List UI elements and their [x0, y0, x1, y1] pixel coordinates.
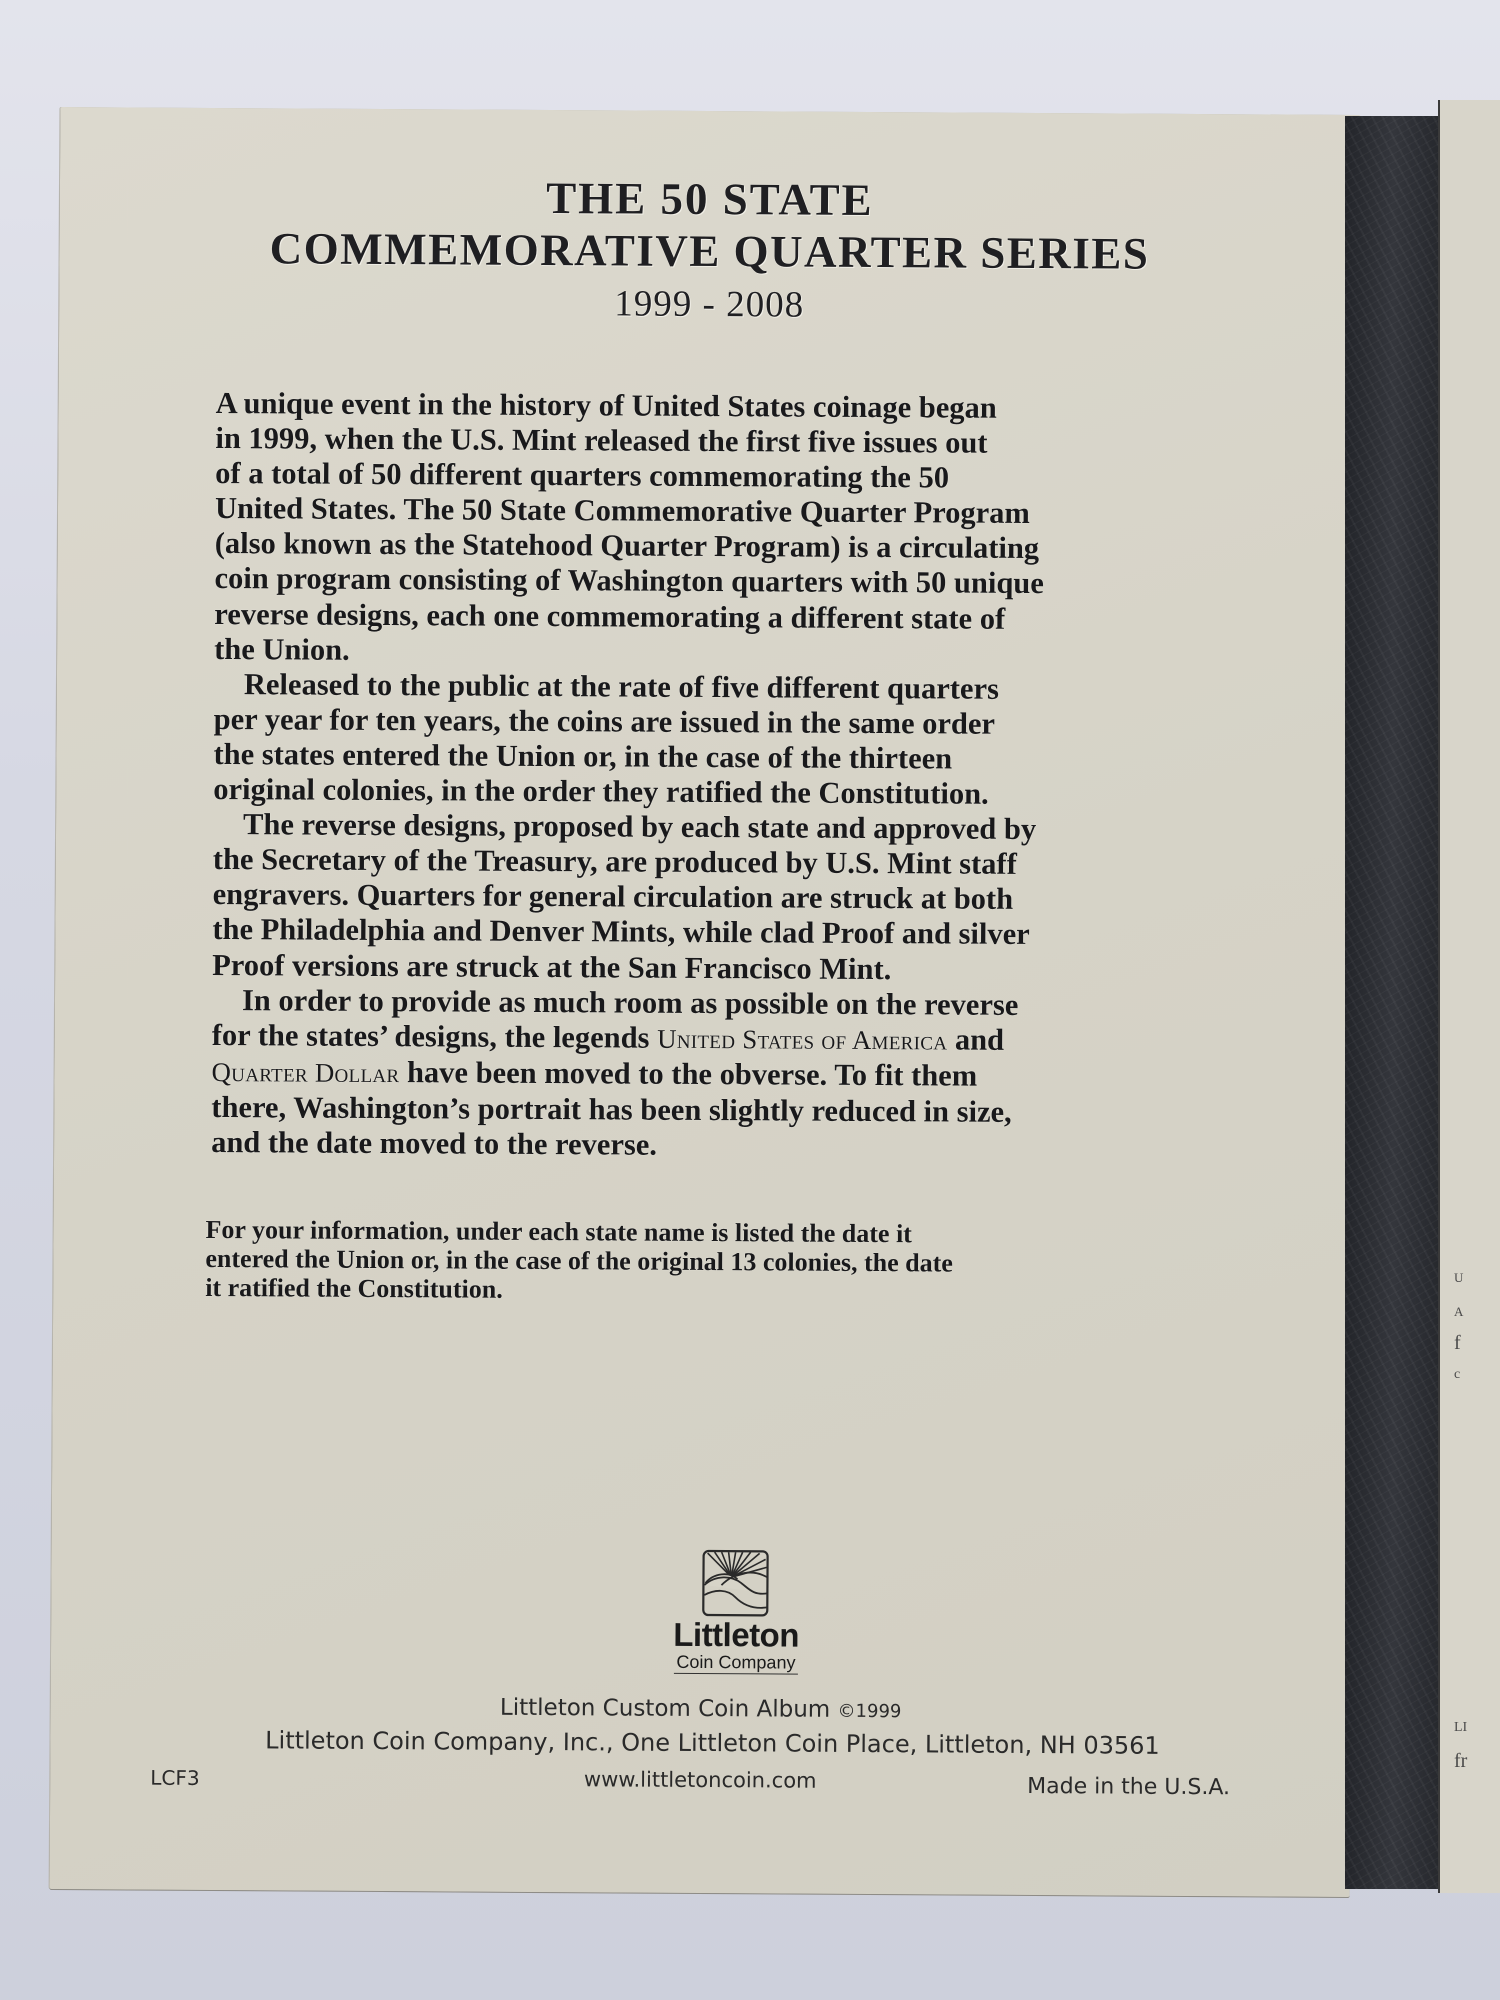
text-fragment: A	[1454, 1304, 1463, 1320]
text-line: the Philadelphia and Denver Mints, while…	[212, 912, 1252, 953]
text-fragment: f	[1454, 1332, 1461, 1355]
company-logo-subtitle: Coin Company	[551, 1651, 921, 1674]
album-page: THE 50 STATE COMMEMORATIVE QUARTER SERIE…	[50, 107, 1361, 1897]
paragraph-1: A unique event in the history of United …	[214, 386, 1256, 673]
small-caps-legend: Quarter Dollar	[211, 1057, 399, 1088]
album-spine	[1345, 116, 1441, 1889]
paragraph-4: In order to provide as much room as poss…	[211, 983, 1252, 1167]
text-line: and the date moved to the reverse.	[211, 1125, 1251, 1166]
text-line: Quarter Dollar have been moved to the ob…	[211, 1054, 1251, 1096]
title-line-1: THE 50 STATE	[60, 169, 1360, 229]
paragraph-3: The reverse designs, proposed by each st…	[212, 807, 1253, 989]
text-line: reverse designs, each one commemorating …	[214, 597, 1254, 638]
text-run: have been moved to the obverse. To fit t…	[399, 1055, 977, 1093]
company-address: Littleton Coin Company, Inc., One Little…	[50, 1725, 1350, 1761]
description-body: A unique event in the history of United …	[211, 386, 1256, 1166]
album-credit: Littleton Custom Coin Album ©1999	[51, 1692, 1351, 1726]
text-line: it ratified the Constitution.	[205, 1273, 1265, 1308]
adjacent-page: U A f c LI fr	[1438, 100, 1500, 1893]
text-line: for the states’ designs, the legends Uni…	[212, 1018, 1252, 1060]
text-fragment: fr	[1454, 1750, 1467, 1773]
company-logo-name: Littleton	[551, 1615, 921, 1655]
text-fragment: LI	[1454, 1720, 1467, 1736]
info-note: For your information, under each state n…	[205, 1215, 1266, 1308]
title-years: 1999 - 2008	[59, 279, 1359, 330]
text-run: and	[947, 1022, 1004, 1056]
album-name: Littleton Custom Coin Album	[500, 1695, 830, 1723]
text-line: coin program consisting of Washington qu…	[214, 561, 1254, 602]
company-logo-subtitle-text: Coin Company	[674, 1652, 797, 1675]
sun-over-hills-icon	[701, 1549, 769, 1617]
made-in-label: Made in the U.S.A.	[1027, 1774, 1230, 1800]
text-fragment: c	[1454, 1367, 1460, 1383]
copyright: ©1999	[838, 1701, 902, 1722]
text-run: for the states’ designs, the legends	[212, 1018, 658, 1055]
text-fragment: U	[1454, 1270, 1463, 1286]
title-line-2: COMMEMORATIVE QUARTER SERIES	[59, 221, 1359, 281]
small-caps-legend: United States of America	[657, 1023, 947, 1055]
text-line: Proof versions are struck at the San Fra…	[212, 947, 1252, 988]
paragraph-2: Released to the public at the rate of fi…	[213, 667, 1254, 814]
